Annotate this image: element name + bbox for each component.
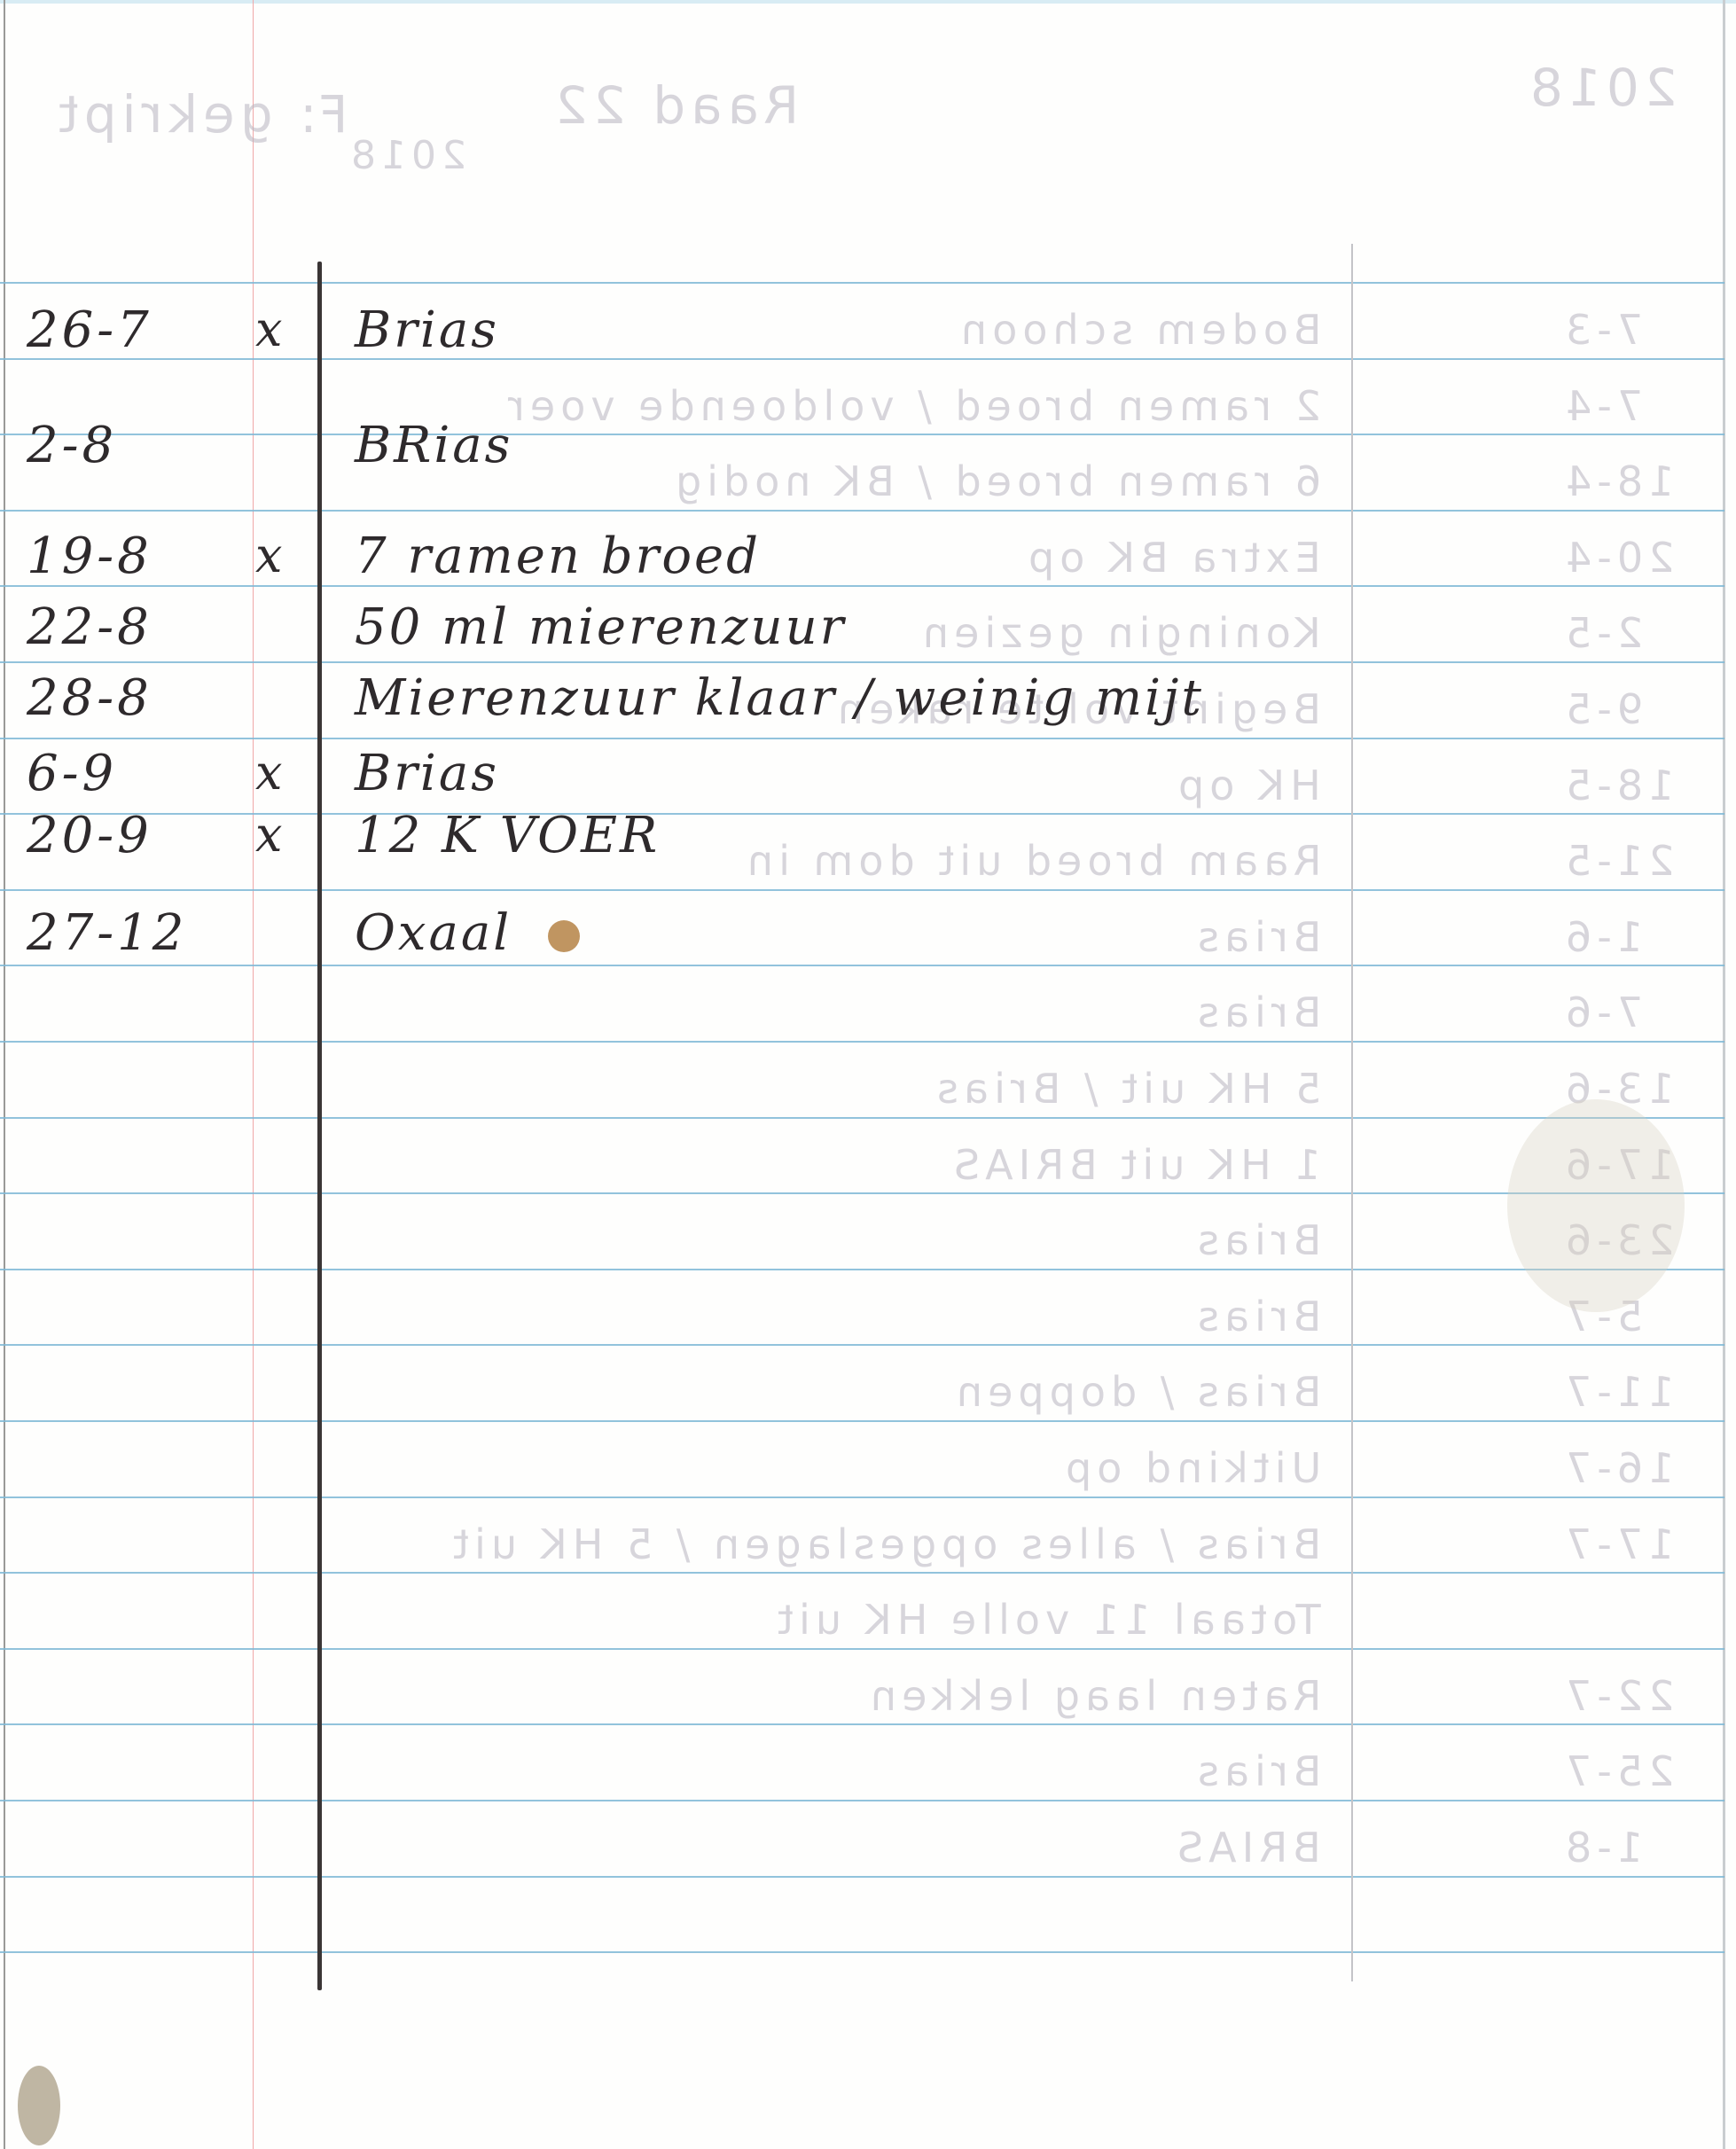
bleed-through-note: Totaal 11 volle HK uit (772, 1596, 1321, 1644)
bleed-through-date: 1-8 (1560, 1824, 1643, 1872)
bleed-through-date: 2-5 (1560, 609, 1643, 657)
bleed-through-date: 7-4 (1560, 382, 1643, 430)
ruled-line (0, 1648, 1724, 1650)
bleed-through-header-title: Raad 22 (550, 75, 799, 136)
bleed-through-note: Uitkind op (1060, 1444, 1321, 1492)
bleed-through-date: 1-6 (1560, 913, 1643, 961)
red-margin-line (253, 0, 254, 2149)
page-top-edge (0, 0, 1736, 4)
entry-check-mark: x (255, 527, 282, 583)
page-left-edge (4, 0, 5, 2149)
ruled-line (0, 1344, 1724, 1346)
bleed-through-note: Bodem schoon (956, 306, 1322, 354)
stain-corner (18, 2066, 60, 2145)
bleed-through-date: 18-5 (1560, 762, 1674, 809)
bleed-through-note: 6 ramen broed / BK nodig (670, 457, 1321, 505)
ruled-line (0, 1420, 1724, 1422)
bleed-through-note: 5 HK uit / Brias (932, 1065, 1321, 1113)
ruled-line (0, 510, 1724, 512)
ruled-line (0, 1572, 1724, 1574)
bleed-through-date: 7-6 (1560, 989, 1643, 1036)
entry-note: BRias (355, 417, 512, 474)
stain-spot (548, 920, 580, 952)
bleed-through-note: Koningin gezien (918, 609, 1321, 657)
bleed-through-date: 7-3 (1560, 306, 1643, 354)
entry-date: 27-12 (27, 904, 187, 962)
ruled-line (0, 738, 1724, 739)
entry-date: 28-8 (27, 669, 152, 727)
ruled-line (0, 358, 1724, 360)
ruled-line (0, 965, 1724, 966)
ruled-line (0, 1951, 1724, 1953)
ruled-line (0, 1496, 1724, 1498)
bleed-through-date: 16-7 (1560, 1444, 1674, 1492)
bleed-through-note: 2 ramen broed / voldoende voer (503, 382, 1321, 430)
bleed-through-note: Raten laag lekken (865, 1672, 1321, 1720)
entry-date: 26-7 (27, 301, 152, 359)
bleed-through-date: 20-4 (1560, 534, 1674, 582)
entry-note: Mierenzuur klaar / weinig mijt (355, 669, 1204, 727)
bleed-through-note: BRIAS (1172, 1824, 1321, 1872)
bleed-through-note: Brias (1193, 1293, 1321, 1340)
bleed-through-date: 18-4 (1560, 457, 1674, 505)
bleed-through-header-year-2: 2018 (346, 133, 466, 178)
entry-check-mark: x (255, 745, 282, 801)
entry-check-mark: x (255, 807, 282, 863)
bleed-through-column-divider (1351, 244, 1353, 1981)
entry-date: 20-9 (27, 807, 152, 864)
stain-smudge (1507, 1099, 1685, 1312)
ruled-line (0, 1876, 1724, 1878)
bleed-through-note: Raam broed uit dom in (742, 837, 1321, 885)
ink-column-divider (317, 262, 322, 1990)
ruled-line (0, 434, 1724, 435)
entry-date: 22-8 (27, 598, 152, 656)
entry-note: Oxaal (355, 904, 512, 962)
bleed-through-note: Brias (1193, 989, 1321, 1036)
ruled-line (0, 889, 1724, 891)
entry-date: 6-9 (27, 745, 117, 802)
ruled-line (0, 1192, 1724, 1194)
entry-note: 12 K VOER (355, 807, 660, 864)
bleed-through-header-year: 2018 (1525, 58, 1677, 118)
entry-note: Brias (355, 301, 499, 359)
ruled-line (0, 1269, 1724, 1270)
bleed-through-date: 11-7 (1560, 1368, 1674, 1416)
bleed-through-note: Brias / doppen (951, 1368, 1321, 1416)
bleed-through-note: HK op (1173, 762, 1321, 809)
ruled-line (0, 585, 1724, 587)
bleed-through-date: 25-7 (1560, 1747, 1674, 1795)
bleed-through-note: Brias (1193, 1747, 1321, 1795)
bleed-through-header-note: F: gekript (53, 84, 348, 145)
entry-date: 19-8 (27, 527, 152, 585)
entry-date: 2-8 (27, 417, 117, 474)
ruled-line (0, 1041, 1724, 1043)
bleed-through-note: Brias (1193, 913, 1321, 961)
ruled-line (0, 1800, 1724, 1801)
bleed-through-date: 17-7 (1560, 1520, 1674, 1568)
bleed-through-note: 1 HK uit BRIAS (949, 1141, 1321, 1189)
bleed-through-date: 22-7 (1560, 1672, 1674, 1720)
ruled-line (0, 282, 1724, 284)
bleed-through-date: 21-5 (1560, 837, 1674, 885)
entry-note: 7 ramen broed (355, 527, 761, 585)
bleed-through-date: 9-5 (1560, 685, 1643, 733)
entry-note: Brias (355, 745, 499, 802)
bleed-through-note: Brias (1193, 1216, 1321, 1264)
entry-check-mark: x (255, 301, 282, 357)
notebook-page: 2018 Raad 22 F: gekript 2018 Bodem schoo… (0, 0, 1736, 2149)
ruled-line (0, 1723, 1724, 1725)
bleed-through-note: Extra BK op (1023, 534, 1321, 582)
ruled-line (0, 1117, 1724, 1119)
page-right-edge (1723, 0, 1725, 2149)
ruled-line (0, 661, 1724, 663)
entry-note: 50 ml mierenzuur (355, 598, 846, 656)
bleed-through-note: Brias / alles opgeslagen / 5 HK uit (448, 1520, 1321, 1568)
